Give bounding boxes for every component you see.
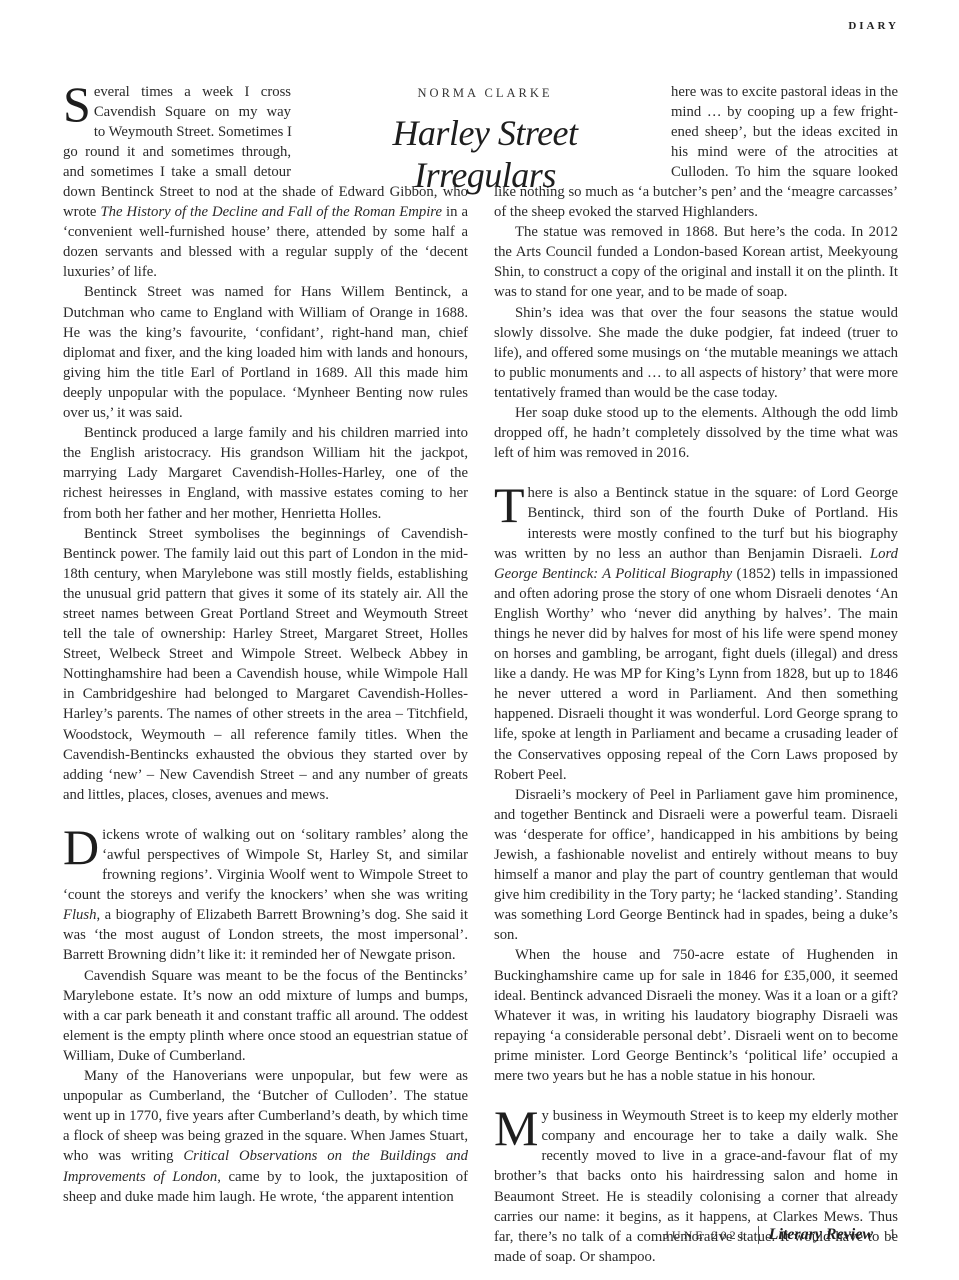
continuation-top-right: here was to excite pastoral ideas in the…: [671, 82, 898, 182]
page-footer: JUNE 2021 Literary Review 1: [664, 1226, 896, 1244]
paragraph: Cavendish Square was meant to be the foc…: [63, 966, 468, 1066]
issue-date: JUNE 2021: [664, 1228, 747, 1243]
text-line: ened sheep’, but the ideas excited in: [671, 122, 898, 142]
drop-cap: S: [63, 84, 91, 124]
paragraph: Bentinck Street was named for Hans Wille…: [63, 282, 468, 423]
text: (1852) tells in impassioned and often ad…: [494, 566, 898, 783]
intro-paragraph-top-left: S everal times a week I cross Cavendish …: [63, 82, 291, 182]
text: here is also a Bentinck statue in the sq…: [494, 485, 898, 561]
text-line: everal times a week I cross: [63, 82, 291, 102]
text-line: and sometimes I take a small detour: [63, 162, 291, 182]
footer-divider: [758, 1226, 759, 1244]
text-line: to Weymouth Street. Sometimes I: [63, 122, 291, 142]
left-column: down Bentinck Street to nod at the shade…: [63, 182, 468, 1207]
paragraph: There is also a Bentinck statue in the s…: [494, 483, 898, 784]
page-number: 1: [889, 1227, 896, 1243]
text-line: Culloden. To him the square looked: [671, 162, 898, 182]
paragraph: like nothing so much as ‘a butcher’s pen…: [494, 182, 898, 222]
paragraph: Disraeli’s mockery of Peel in Parliament…: [494, 785, 898, 946]
magazine-name: Literary Review: [769, 1226, 873, 1244]
paragraph: Her soap duke stood up to the elements. …: [494, 403, 898, 463]
paragraph: Bentinck produced a large family and his…: [63, 423, 468, 523]
drop-cap: D: [63, 827, 99, 867]
right-column: like nothing so much as ‘a butcher’s pen…: [494, 182, 898, 1267]
drop-cap: T: [494, 485, 525, 525]
drop-cap: M: [494, 1108, 538, 1148]
paragraph: Dickens wrote of walking out on ‘solitar…: [63, 825, 468, 966]
paragraph: When the house and 750-acre estate of Hu…: [494, 945, 898, 1086]
author-byline: NORMA CLARKE: [330, 86, 640, 101]
book-title: The History of the Decline and Fall of t…: [100, 204, 442, 220]
text-line: mind … by cooping up a few fright-: [671, 102, 898, 122]
paragraph: The statue was removed in 1868. But here…: [494, 222, 898, 302]
paragraph: Shin’s idea was that over the four seaso…: [494, 303, 898, 403]
text-line: here was to excite pastoral ideas in the: [671, 82, 898, 102]
text-line: his mind were of the atrocities at: [671, 142, 898, 162]
paragraph: Bentinck Street symbolises the beginning…: [63, 524, 468, 805]
paragraph: down Bentinck Street to nod at the shade…: [63, 182, 468, 282]
text: , a biography of Elizabeth Barrett Brown…: [63, 907, 468, 963]
section-label: DIARY: [848, 20, 899, 32]
text-line: go round it and sometimes through,: [63, 142, 291, 162]
text: ickens wrote of walking out on ‘solitary…: [63, 827, 468, 903]
paragraph: Many of the Hanoverians were unpopular, …: [63, 1066, 468, 1207]
book-title: Flush: [63, 907, 96, 923]
text-line: Cavendish Square on my way: [63, 102, 291, 122]
